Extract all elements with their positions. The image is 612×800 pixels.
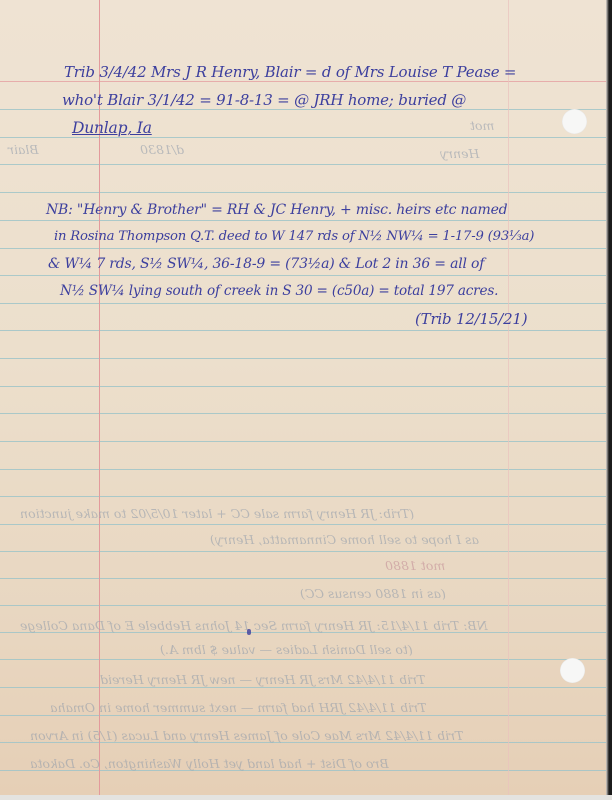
note-line-1: Trib 3/4/42 Mrs J R Henry, Blair = d of … <box>64 63 516 81</box>
ruled-line <box>0 303 606 304</box>
note-line-4: NB: "Henry & Brother" = RH & JC Henry, +… <box>46 202 507 218</box>
notebook-paper: Blair d/1830 mot Henry (Trib: JR Henry f… <box>0 0 606 795</box>
bleed-text: mot <box>470 118 494 133</box>
ruled-line <box>0 220 606 221</box>
ruled-line <box>0 659 606 660</box>
bleed-text: (as in 1880 census CC) <box>300 586 446 601</box>
bleed-text: Trib 11/4/42 Mrs Mae Cole of James Henry… <box>30 728 463 743</box>
bleed-text: Bro of Dist + had land yet Holly Washing… <box>30 756 389 771</box>
header-rule <box>0 81 606 82</box>
ruled-line <box>0 330 606 331</box>
ruled-line <box>0 687 606 688</box>
ink-blot <box>247 629 251 635</box>
bleed-text: NB: Trib 11/4/15: JR Henry farm Sec 14 J… <box>20 618 488 633</box>
bleed-text: mot 1880 <box>385 558 445 573</box>
ruled-line <box>0 605 606 606</box>
punch-hole-top <box>562 109 587 134</box>
ruled-line <box>0 524 606 525</box>
scanned-page: Blair d/1830 mot Henry (Trib: JR Henry f… <box>0 0 612 800</box>
ruled-line <box>0 413 606 414</box>
note-line-2: who't Blair 3/1/42 = 91-8-13 = @ JRH hom… <box>62 91 466 109</box>
bleed-text: (Trib: JR Henry farm sale CC + later 10/… <box>20 506 414 521</box>
scan-edge-right <box>606 0 612 800</box>
bleed-text: Trib 11/4/42 Mrs JR Henry — new JR Henry… <box>100 672 425 687</box>
ruled-line <box>0 137 606 138</box>
note-line-6: & W¼ 7 rds, S½ SW¼, 36-18-9 = (73½a) & L… <box>48 256 484 272</box>
scan-edge-bottom <box>0 795 612 800</box>
note-line-5: in Rosina Thompson Q.T. deed to W 147 rd… <box>54 229 534 244</box>
note-line-7: N½ SW¼ lying south of creek in S 30 = (c… <box>60 283 498 299</box>
ruled-line <box>0 109 606 110</box>
ruled-line <box>0 496 606 497</box>
ruled-line <box>0 192 606 193</box>
ruled-line <box>0 386 606 387</box>
ruled-line <box>0 715 606 716</box>
ruled-line <box>0 578 606 579</box>
bleed-text: Trib 11/4/42 JRH had farm — next summer … <box>50 700 426 715</box>
bleed-text: Henry <box>440 146 479 161</box>
ruled-line <box>0 275 606 276</box>
ruled-line <box>0 358 606 359</box>
ruled-line <box>0 164 606 165</box>
note-line-3: Dunlap, Ia <box>72 119 152 137</box>
bleed-text: (to sell Danish Ladies — value $ lbm A.) <box>160 642 413 657</box>
right-margin-line <box>508 0 509 795</box>
note-line-8: (Trib 12/15/21) <box>415 310 527 328</box>
punch-hole-bottom <box>560 658 585 683</box>
bleed-text: Blair <box>8 142 39 157</box>
ruled-line <box>0 551 606 552</box>
ruled-line <box>0 441 606 442</box>
bleed-text: d/1830 <box>140 142 184 157</box>
bleed-text: as I hope to sell home Cinnamatta, Henry… <box>210 532 479 547</box>
ruled-line <box>0 469 606 470</box>
ruled-line <box>0 248 606 249</box>
